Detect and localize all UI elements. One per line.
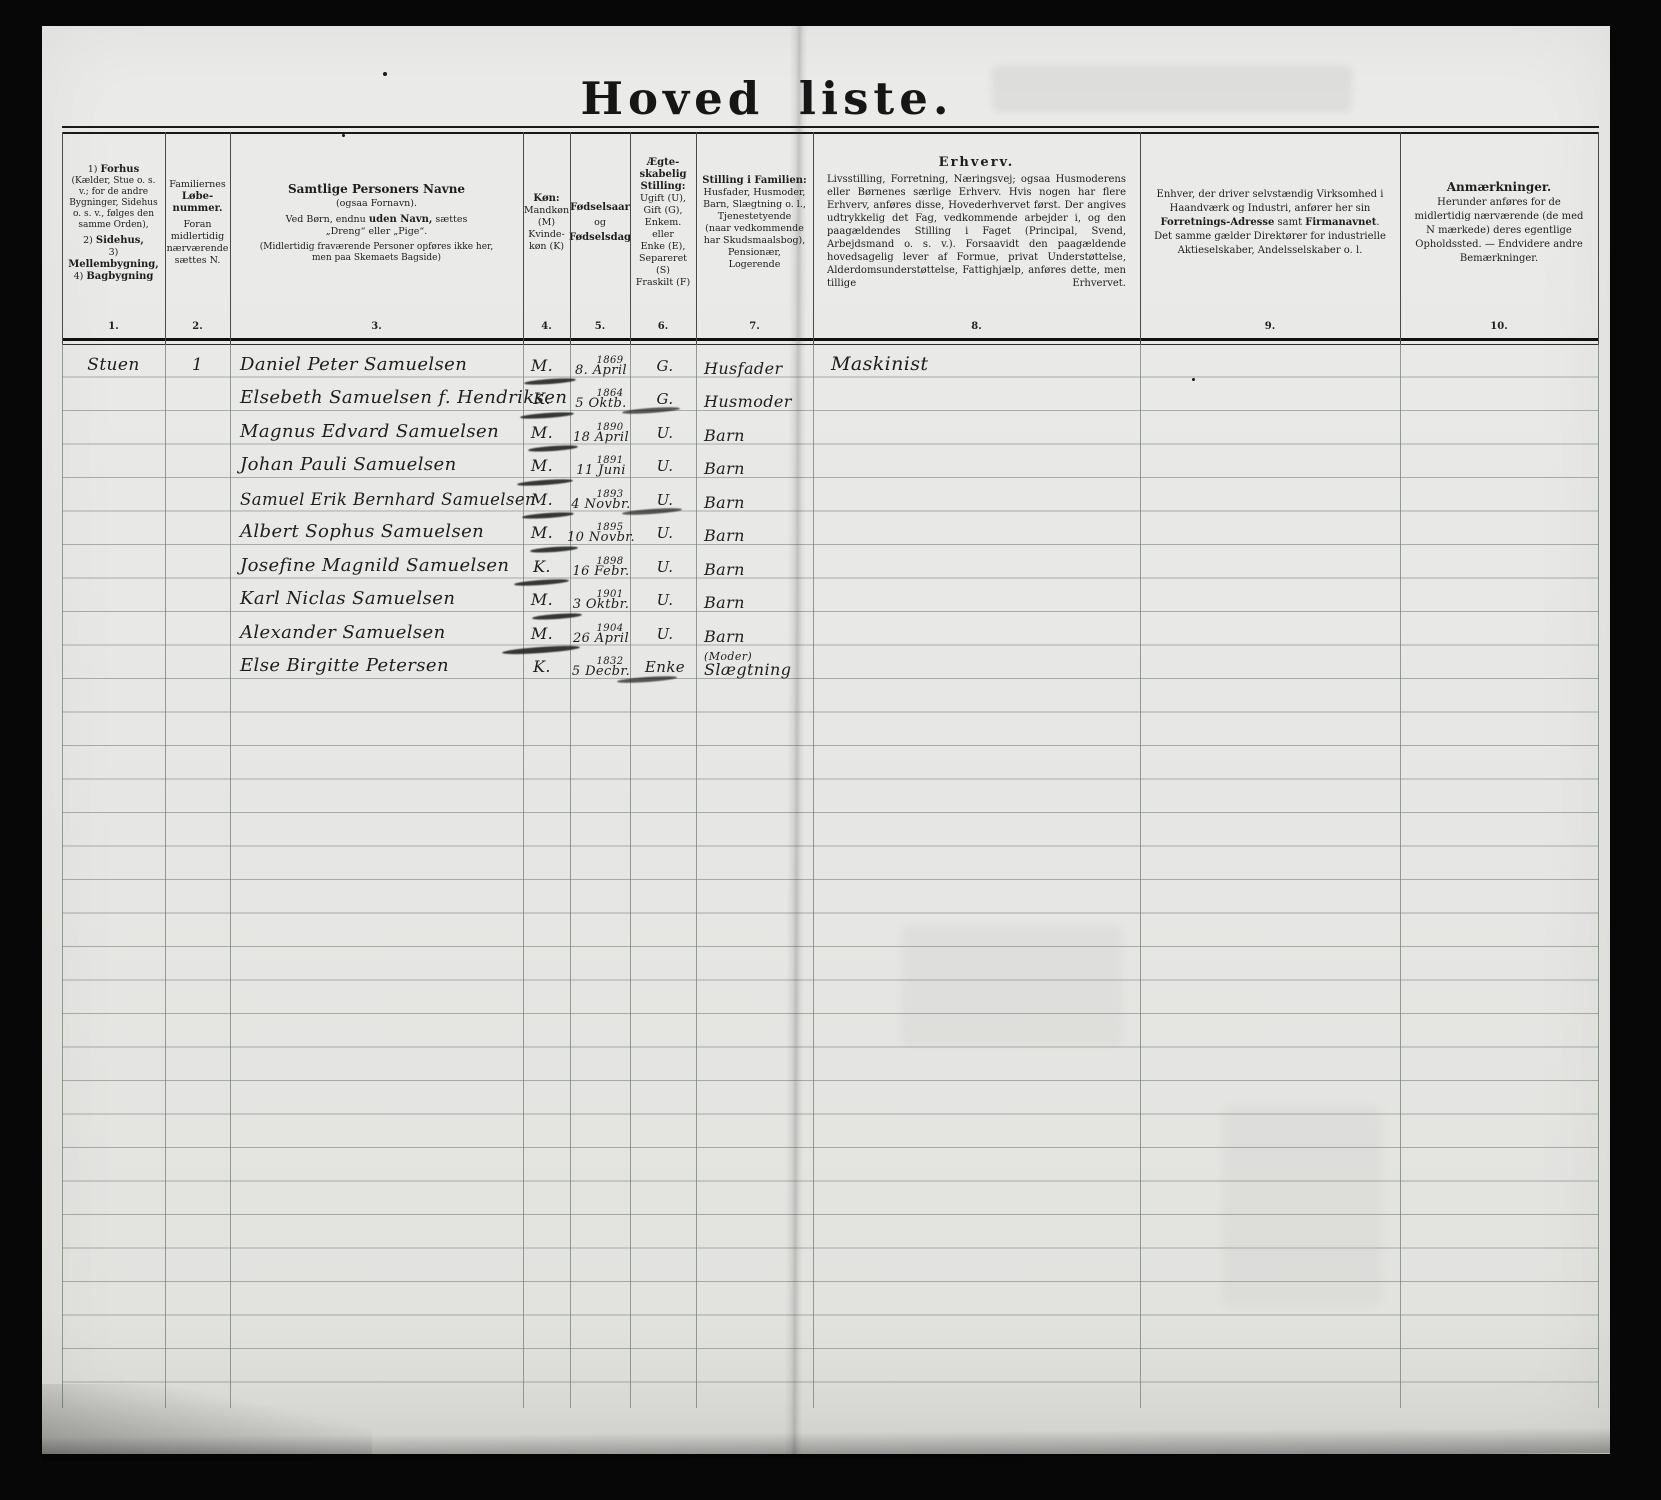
column-number: 2.	[165, 321, 230, 332]
birthdate-cell: 189510 Novbr.	[568, 523, 634, 545]
marital-cell: U.	[634, 625, 696, 646]
column-header-occupation: Erhverv. Livsstilling, Forretning, Nærin…	[813, 132, 1140, 314]
ink-speck	[383, 72, 387, 76]
column-line	[523, 132, 524, 344]
table-row: Josefine Magnild Samuelsen K. 189816 Feb…	[62, 545, 1599, 579]
birthdate-cell: 18645 Oktb.	[568, 389, 634, 411]
birthdate-cell: 189111 Juni	[568, 456, 634, 478]
sex-cell: M.	[516, 356, 568, 378]
column-line	[230, 132, 231, 344]
sex-cell: M.	[516, 624, 568, 646]
table-row: Alexander Samuelsen M. 190426 April U. B…	[62, 612, 1599, 646]
sex-cell: M.	[516, 590, 568, 612]
column-line	[570, 132, 571, 344]
scanned-census-page: { "document": { "title": "Hoved liste." …	[0, 0, 1661, 1500]
name-cell: Alexander Samuelsen	[230, 622, 516, 646]
birthdate-cell: 18934 Novbr.	[568, 490, 634, 512]
column-header-remarks: Anmærkninger. Herunder anføres for de mi…	[1400, 132, 1598, 314]
census-form-page: Hoved liste. 1) Forhus (Kælder, Stue o. …	[42, 26, 1610, 1454]
column-header-birthdate: Fødselsaar og Fødselsdag	[570, 132, 630, 314]
column-line	[1598, 132, 1599, 344]
name-cell: Karl Niclas Samuelsen	[230, 588, 516, 612]
column-number: 6.	[630, 321, 696, 332]
column-line	[630, 132, 631, 344]
column-line	[696, 132, 697, 344]
marital-cell: U.	[634, 424, 696, 445]
name-cell: Daniel Peter Samuelsen	[230, 354, 516, 378]
sex-cell: M.	[516, 423, 568, 445]
sex-cell: M.	[516, 490, 568, 512]
birthdate-cell: 19013 Oktbr.	[568, 590, 634, 612]
name-cell: Johan Pauli Samuelsen	[230, 454, 516, 478]
name-cell: Samuel Erik Bernhard Samuelsen	[230, 490, 516, 512]
column-line	[813, 132, 814, 344]
name-cell: Else Birgitte Petersen	[230, 655, 516, 679]
column-line	[1140, 132, 1141, 344]
table-row: Karl Niclas Samuelsen M. 19013 Oktbr. U.…	[62, 579, 1599, 613]
marital-cell: G.	[634, 357, 696, 378]
table-row: Stuen 1 Daniel Peter Samuelsen M. 18698.…	[62, 344, 1599, 378]
sex-cell: M.	[516, 523, 568, 545]
name-cell: Magnus Edvard Samuelsen	[230, 421, 516, 445]
column-header-business-address: Enhver, der driver selvstændig Virksomhe…	[1140, 132, 1400, 314]
column-number: 8.	[813, 321, 1140, 332]
column-number: 9.	[1140, 321, 1400, 332]
column-line	[1400, 132, 1401, 344]
name-cell: Albert Sophus Samuelsen	[230, 521, 516, 545]
table-row: Samuel Erik Bernhard Samuelsen M. 18934 …	[62, 478, 1599, 512]
birthdate-cell: 18325 Decbr.	[568, 657, 634, 679]
marital-cell: U.	[634, 524, 696, 545]
column-header-building: 1) Forhus (Kælder, Stue o. s. v.; for de…	[62, 132, 165, 314]
column-number: 1.	[62, 321, 165, 332]
name-cell: Elsebeth Samuelsen f. Hendriksen	[230, 387, 516, 411]
table-row: Albert Sophus Samuelsen M. 189510 Novbr.…	[62, 512, 1599, 546]
column-number: 10.	[1400, 321, 1598, 332]
table-row: Else Birgitte Petersen K. 18325 Decbr. E…	[62, 646, 1599, 680]
table-header-row: 1) Forhus (Kælder, Stue o. s. v.; for de…	[62, 132, 1599, 314]
birthdate-cell: 189816 Febr.	[568, 557, 634, 579]
occupation-cell: Maskinist	[813, 353, 1140, 378]
sex-cell: K.	[516, 557, 568, 579]
building-cell: Stuen	[62, 355, 165, 378]
page-title: Hoved liste.	[462, 72, 1072, 125]
birthdate-cell: 189018 April	[568, 423, 634, 445]
column-header-names: Samtlige Personers Navne (ogsaa Fornavn)…	[230, 132, 523, 314]
column-number-row: 1. 2. 3. 4. 5. 6. 7. 8. 9. 10.	[62, 314, 1599, 338]
name-cell: Josefine Magnild Samuelsen	[230, 555, 516, 579]
family-number-cell: 1	[165, 355, 230, 378]
column-header-family-number: Familiernes Løbe- nummer. Foran midlerti…	[165, 132, 230, 314]
sex-cell: M.	[516, 456, 568, 478]
column-header-marital-status: Ægte- skabelig Stilling: Ugift (U), Gift…	[630, 132, 696, 314]
table-row: Johan Pauli Samuelsen M. 189111 Juni U. …	[62, 445, 1599, 479]
column-number: 4.	[523, 321, 570, 332]
marital-cell: U.	[634, 558, 696, 579]
sex-cell: K.	[516, 657, 568, 679]
census-table: 1) Forhus (Kælder, Stue o. s. v.; for de…	[62, 132, 1599, 1408]
column-line	[165, 132, 166, 344]
column-line	[62, 132, 63, 344]
marital-cell: U.	[634, 457, 696, 478]
column-number: 3.	[230, 321, 523, 332]
marital-cell: U.	[634, 591, 696, 612]
sex-cell: K.	[516, 389, 568, 411]
column-header-sex: Køn: Mandkøn (M) Kvinde- køn (K)	[523, 132, 570, 314]
birthdate-cell: 18698. April	[568, 356, 634, 378]
column-number: 5.	[570, 321, 630, 332]
birthdate-cell: 190426 April	[568, 624, 634, 646]
table-row: Magnus Edvard Samuelsen M. 189018 April …	[62, 411, 1599, 445]
table-row: Elsebeth Samuelsen f. Hendriksen K. 1864…	[62, 378, 1599, 412]
